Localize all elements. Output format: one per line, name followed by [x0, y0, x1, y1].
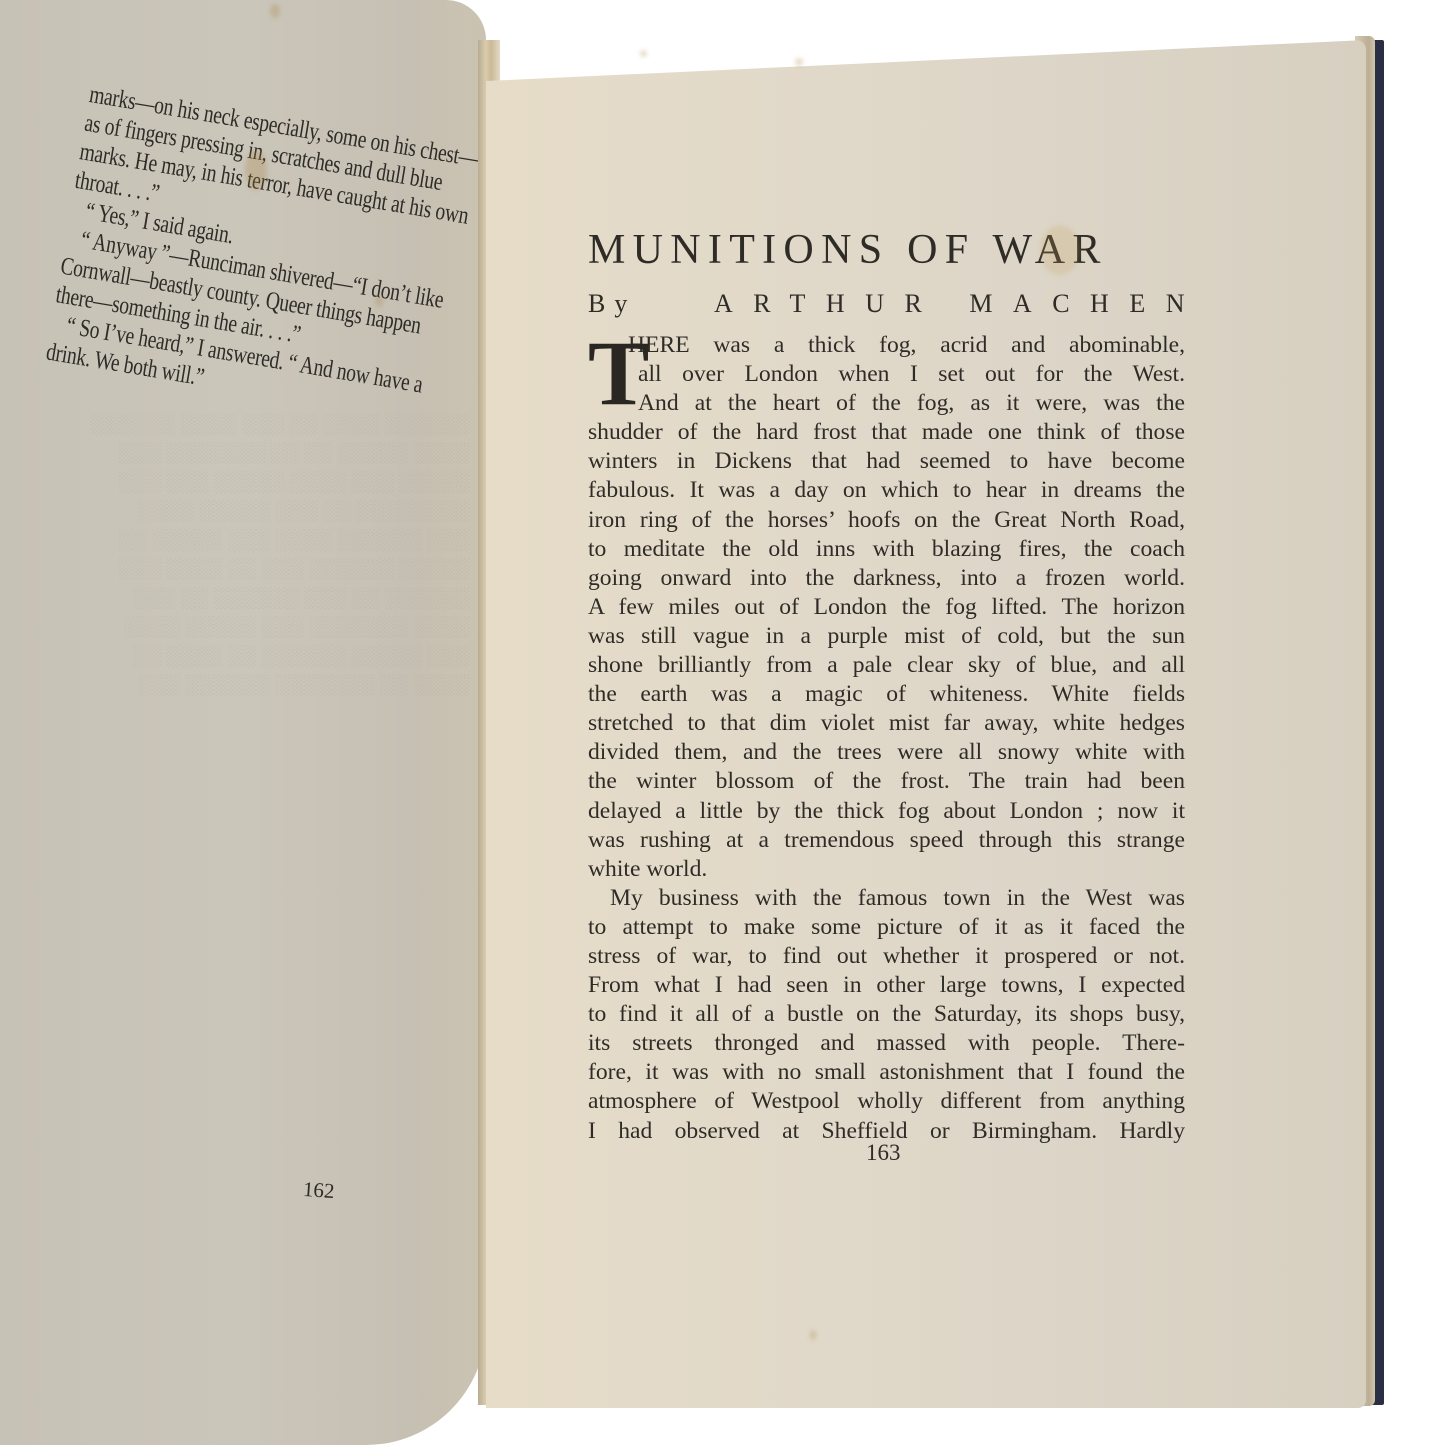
right-page-number: 163 — [866, 1140, 901, 1166]
text-line: white world. — [588, 855, 1185, 884]
show-through-text: ░░░░░░ ░░░░ ░░ ░░░ ░░░░ ░░░░░░ ░░░░ ░░░░… — [90, 410, 470, 700]
text-line: was rushing at a tremendous speed throug… — [588, 826, 1185, 855]
text-line: shone brilliantly from a pale clear sky … — [588, 651, 1185, 680]
text-line: going onward into the darkness, into a f… — [588, 564, 1185, 593]
text-line: fabulous. It was a day on which to hear … — [588, 476, 1185, 505]
foxing-stain — [1040, 225, 1080, 275]
text-line: And at the heart of the fog, as it were,… — [588, 389, 1185, 418]
text-line: stress of war, to find out whether it pr… — [588, 942, 1185, 971]
text-line: divided them, and the trees were all sno… — [588, 738, 1185, 767]
text-line: shudder of the hard frost that made one … — [588, 418, 1185, 447]
left-page-text: marks—on his neck especially, some on hi… — [44, 80, 384, 415]
foxing-stain — [810, 1330, 816, 1340]
paragraph: T HERE was a thick fog, acrid and abomin… — [588, 331, 1185, 884]
drop-cap: T — [588, 333, 649, 413]
text-line: all over London when I set out for the W… — [588, 360, 1185, 389]
foxing-stain — [245, 150, 267, 190]
text-line: winters in Dickens that had seemed to ha… — [588, 447, 1185, 476]
text-line: the earth was a magic of whiteness. Whit… — [588, 680, 1185, 709]
foxing-stain — [795, 58, 803, 66]
left-page-number: 162 — [302, 1177, 335, 1204]
text-line: to meditate the old inns with blazing fi… — [588, 535, 1185, 564]
open-book: ░░░░░░ ░░░░ ░░ ░░░ ░░░░ ░░░░░░ ░░░░ ░░░░… — [0, 0, 1445, 1445]
text-line: atmosphere of Westpool wholly different … — [588, 1087, 1185, 1116]
text-line: to find it all of a bustle on the Saturd… — [588, 1000, 1185, 1029]
chapter-body: T HERE was a thick fog, acrid and abomin… — [588, 331, 1185, 1146]
text-line: From what I had seen in other large town… — [588, 971, 1185, 1000]
foxing-stain — [640, 50, 647, 57]
text-line: iron ring of the horses’ hoofs on the Gr… — [588, 506, 1185, 535]
text-line: My business with the famous town in the … — [588, 884, 1185, 913]
text-line: was still vague in a purple mist of cold… — [588, 622, 1185, 651]
paragraph: My business with the famous town in the … — [588, 884, 1185, 1146]
text-line: HERE was a thick fog, acrid and abominab… — [588, 331, 1185, 360]
right-page-content: MUNITIONS OF WAR By ARTHUR MACHEN T HERE… — [588, 225, 1185, 1146]
foxing-stain — [375, 295, 383, 307]
byline-prefix: By — [588, 289, 636, 319]
text-line: its streets thronged and massed with peo… — [588, 1029, 1185, 1058]
byline: By ARTHUR MACHEN — [588, 289, 1185, 319]
foxing-stain — [270, 4, 280, 18]
chapter-title: MUNITIONS OF WAR — [588, 225, 1185, 275]
left-page: ░░░░░░ ░░░░ ░░ ░░░ ░░░░ ░░░░░░ ░░░░ ░░░░… — [0, 0, 486, 1445]
text-line: to attempt to make some picture of it as… — [588, 913, 1185, 942]
text-line: stretched to that dim violet mist far aw… — [588, 709, 1185, 738]
text-line: the winter blossom of the frost. The tra… — [588, 767, 1185, 796]
text-line: A few miles out of London the fog lifted… — [588, 593, 1185, 622]
text-line: delayed a little by the thick fog about … — [588, 797, 1185, 826]
author-name: ARTHUR MACHEN — [714, 289, 1205, 319]
text-line: fore, it was with no small astonishment … — [588, 1058, 1185, 1087]
